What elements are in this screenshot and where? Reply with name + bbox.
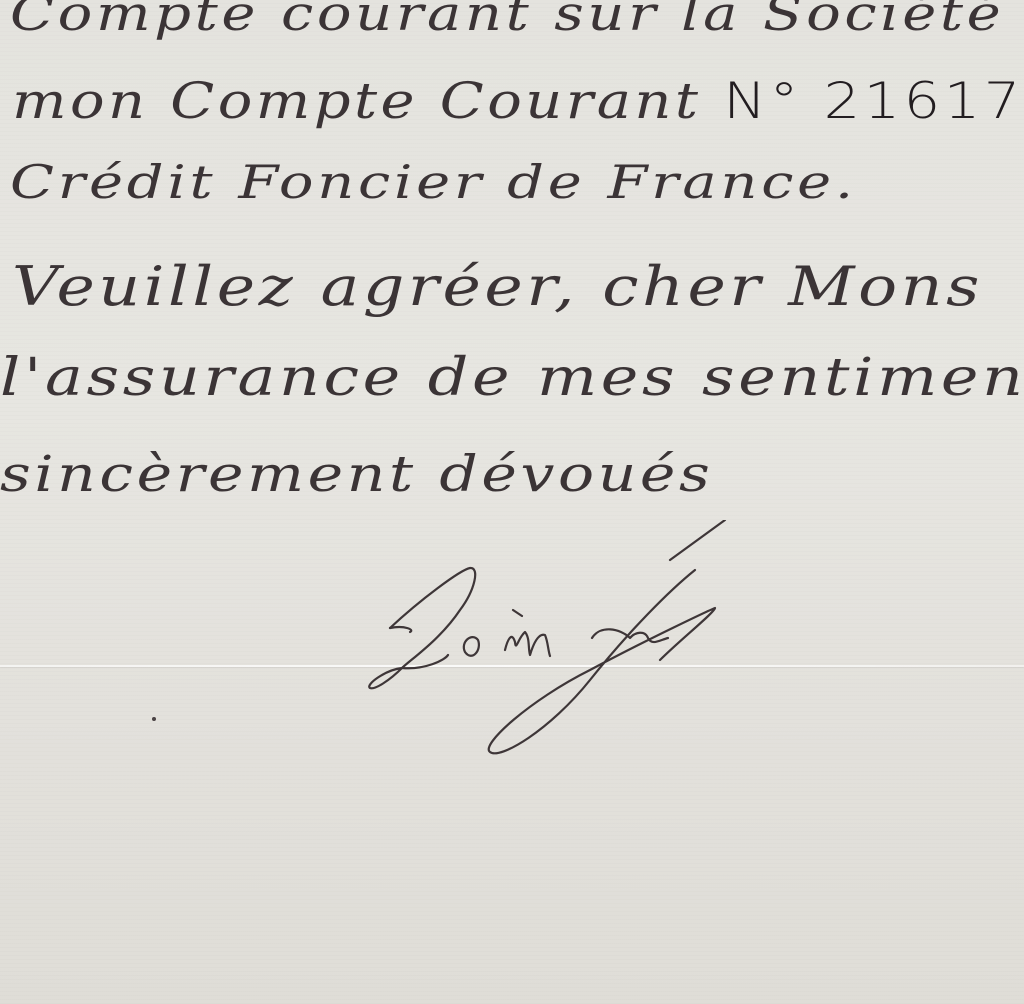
account-number: N° 21617 — [723, 72, 1024, 130]
letter-line-6: sincèrement dévoués — [0, 445, 713, 503]
letter-line-2-text: mon Compte Courant — [12, 72, 701, 130]
letter-line-4: Veuillez agréer, cher Mons — [12, 255, 983, 318]
letter-line-1: Compte courant sur la Société Génér — [10, 0, 1024, 42]
letter-line-2: mon Compte Courant N° 21617 — [12, 72, 1024, 130]
signature: Poincaré — [330, 520, 750, 780]
ink-dot — [152, 717, 156, 721]
letter-line-5: l'assurance de mes sentiments — [0, 348, 1024, 408]
letter-line-3: Crédit Foncier de France. — [10, 155, 857, 209]
